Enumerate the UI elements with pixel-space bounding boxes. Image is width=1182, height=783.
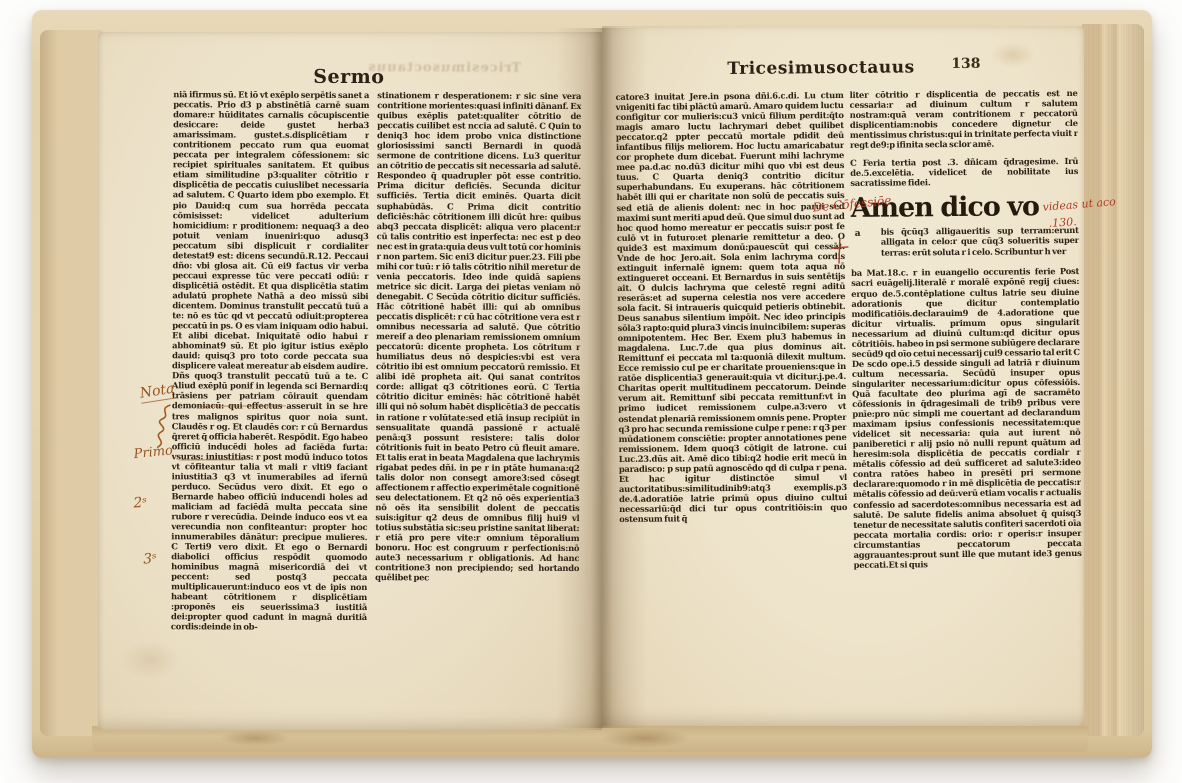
- right-fore-edge-page-stack: [1082, 24, 1144, 736]
- guide-letter: a: [855, 229, 861, 239]
- left-page: Tricesimusoctauus Sermo niā ifirmus sū. …: [98, 32, 602, 730]
- left-page-content: Tricesimusoctauus Sermo niā ifirmus sū. …: [96, 31, 603, 731]
- red-marginal-note-folio-ref: .130.: [1048, 215, 1077, 230]
- column2-intro-text: liter cōtritio r displicentia de peccati…: [850, 88, 1079, 150]
- left-running-head: Sermo: [313, 66, 384, 88]
- right-page-column-1: catore3 inuitat Jere.in psona dñi.6.c.di…: [616, 90, 849, 654]
- left-page-column-1: niā ifirmus sū. Et iō vt exēplo serpētis…: [171, 89, 369, 652]
- marginal-note-secundo: 2ˢ: [133, 495, 148, 512]
- marginal-note-tertio: 3ˢ: [143, 551, 158, 568]
- initial-paragraph-text: bis q̄cūq3 alligaueritis sup terram:erun…: [881, 225, 1079, 257]
- right-page: Tricesimusoctauus 138 catore3 inuitat Je…: [602, 26, 1084, 726]
- right-page-content: Tricesimusoctauus 138 catore3 inuitat Je…: [599, 24, 1087, 728]
- marginal-note-primo: Primo: [133, 443, 174, 462]
- marginal-note-nota: Nota: [139, 381, 176, 404]
- red-cross-mark: [831, 238, 849, 268]
- showthrough-ghost-text: Tricesimusoctauus: [367, 60, 521, 76]
- left-fore-edge-page-stack: [40, 30, 102, 736]
- photograph-of-open-incunabulum: Tricesimusoctauus Sermo niā ifirmus sū. …: [0, 0, 1182, 783]
- left-page-column-2: stinationem r desperationem: r sic sine …: [375, 90, 581, 653]
- column2-initial-paragraph: a bis q̄cūq3 alligaueritis sup terram:er…: [851, 225, 1079, 268]
- folio-number: 138: [951, 56, 980, 72]
- column2-feria-rubric: C Feria tertia post .3. dñicam q̄dragesi…: [850, 156, 1078, 188]
- column2-body-text: ba Mat.18.c. r in euangelio occurentis f…: [851, 266, 1082, 569]
- right-page-column-2: liter cōtritio r displicentia de peccati…: [850, 88, 1083, 652]
- right-running-head: Tricesimusoctauus: [727, 57, 914, 79]
